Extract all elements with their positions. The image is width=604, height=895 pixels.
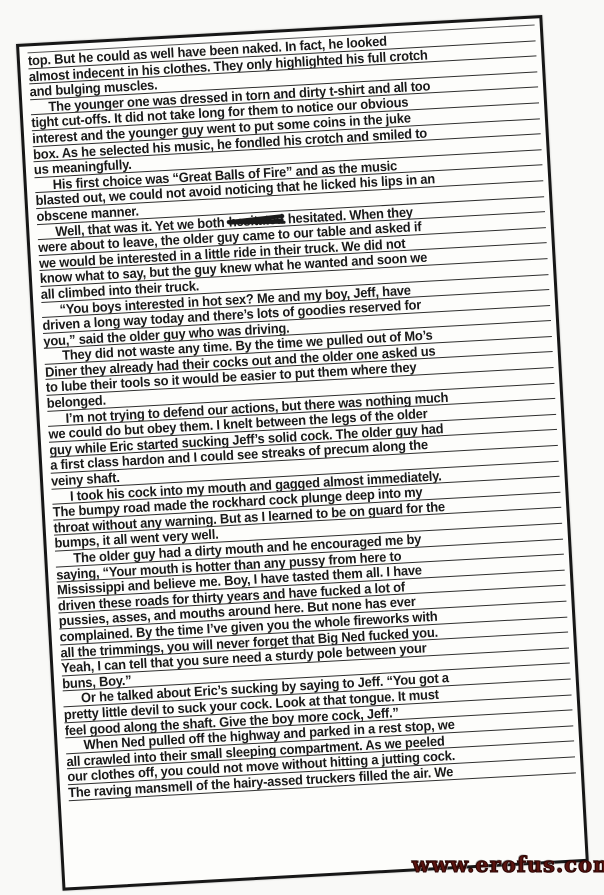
watermark: www.erofus.com <box>412 852 604 877</box>
scanned-page-background: { "page": { "ink_color": "#191919", "pap… <box>0 0 604 895</box>
page-frame: top. But he could as well have been nake… <box>16 15 589 891</box>
page-text: top. But he could as well have been nake… <box>27 20 580 887</box>
